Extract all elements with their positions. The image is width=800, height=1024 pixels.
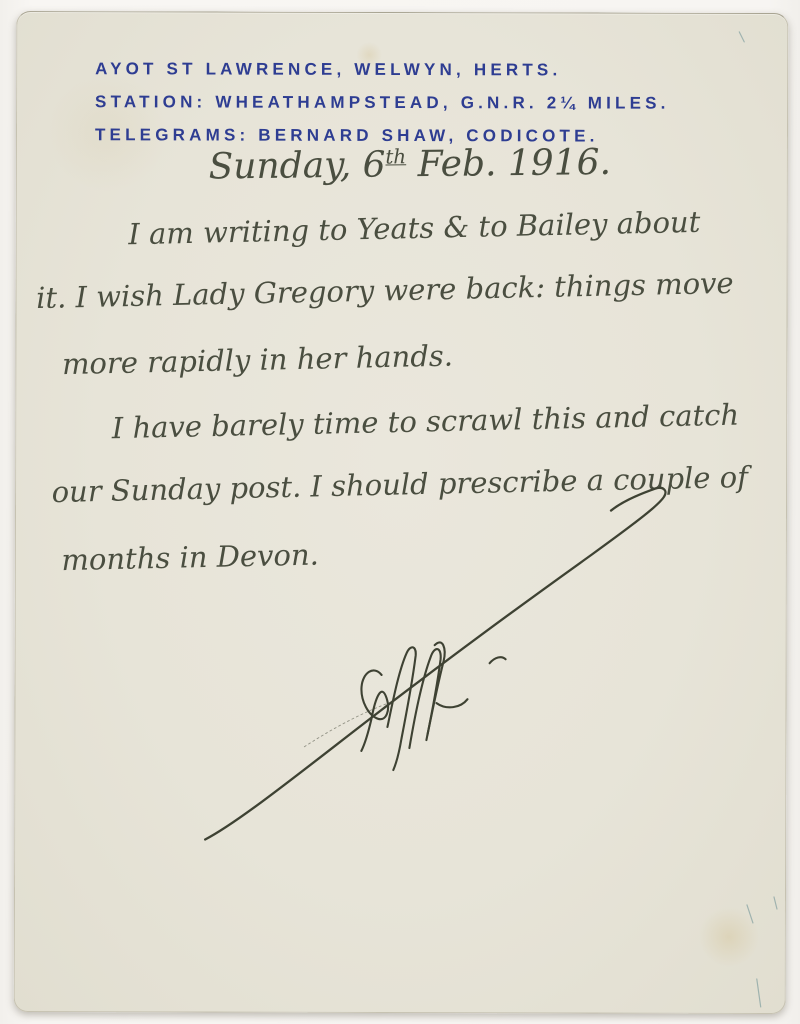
- handwritten-line: more rapidly in her hands.: [62, 339, 454, 382]
- handwritten-line: our Sunday post. I should prescribe a co…: [51, 460, 748, 509]
- letterhead: AYOT ST LAWRENCE, WELWYN, HERTS. STATION…: [95, 52, 670, 153]
- letterhead-station-line: STATION: WHEATHAMPSTEAD, G.N.R. 2¼ MILES…: [95, 85, 670, 120]
- signature-monogram: [361, 642, 505, 770]
- handwritten-line: months in Devon.: [61, 538, 319, 578]
- ink-scuff-marks: [737, 32, 780, 1007]
- date-ordinal-superscript: th: [385, 145, 406, 168]
- handwritten-line: I have barely time to scrawl this and ca…: [111, 398, 739, 446]
- photo-backdrop: AYOT ST LAWRENCE, WELWYN, HERTS. STATION…: [0, 0, 800, 1024]
- date-suffix: Feb. 1916.: [406, 142, 611, 185]
- letter-card: AYOT ST LAWRENCE, WELWYN, HERTS. STATION…: [14, 11, 789, 1014]
- handwritten-line: I am writing to Yeats & to Bailey about: [128, 205, 701, 251]
- date-line: Sunday, 6th Feb. 1916.: [208, 142, 611, 188]
- date-prefix: Sunday, 6: [208, 144, 385, 187]
- handwritten-line: it. I wish Lady Gregory were back: thing…: [36, 266, 734, 315]
- letterhead-address-line: AYOT ST LAWRENCE, WELWYN, HERTS.: [95, 52, 670, 87]
